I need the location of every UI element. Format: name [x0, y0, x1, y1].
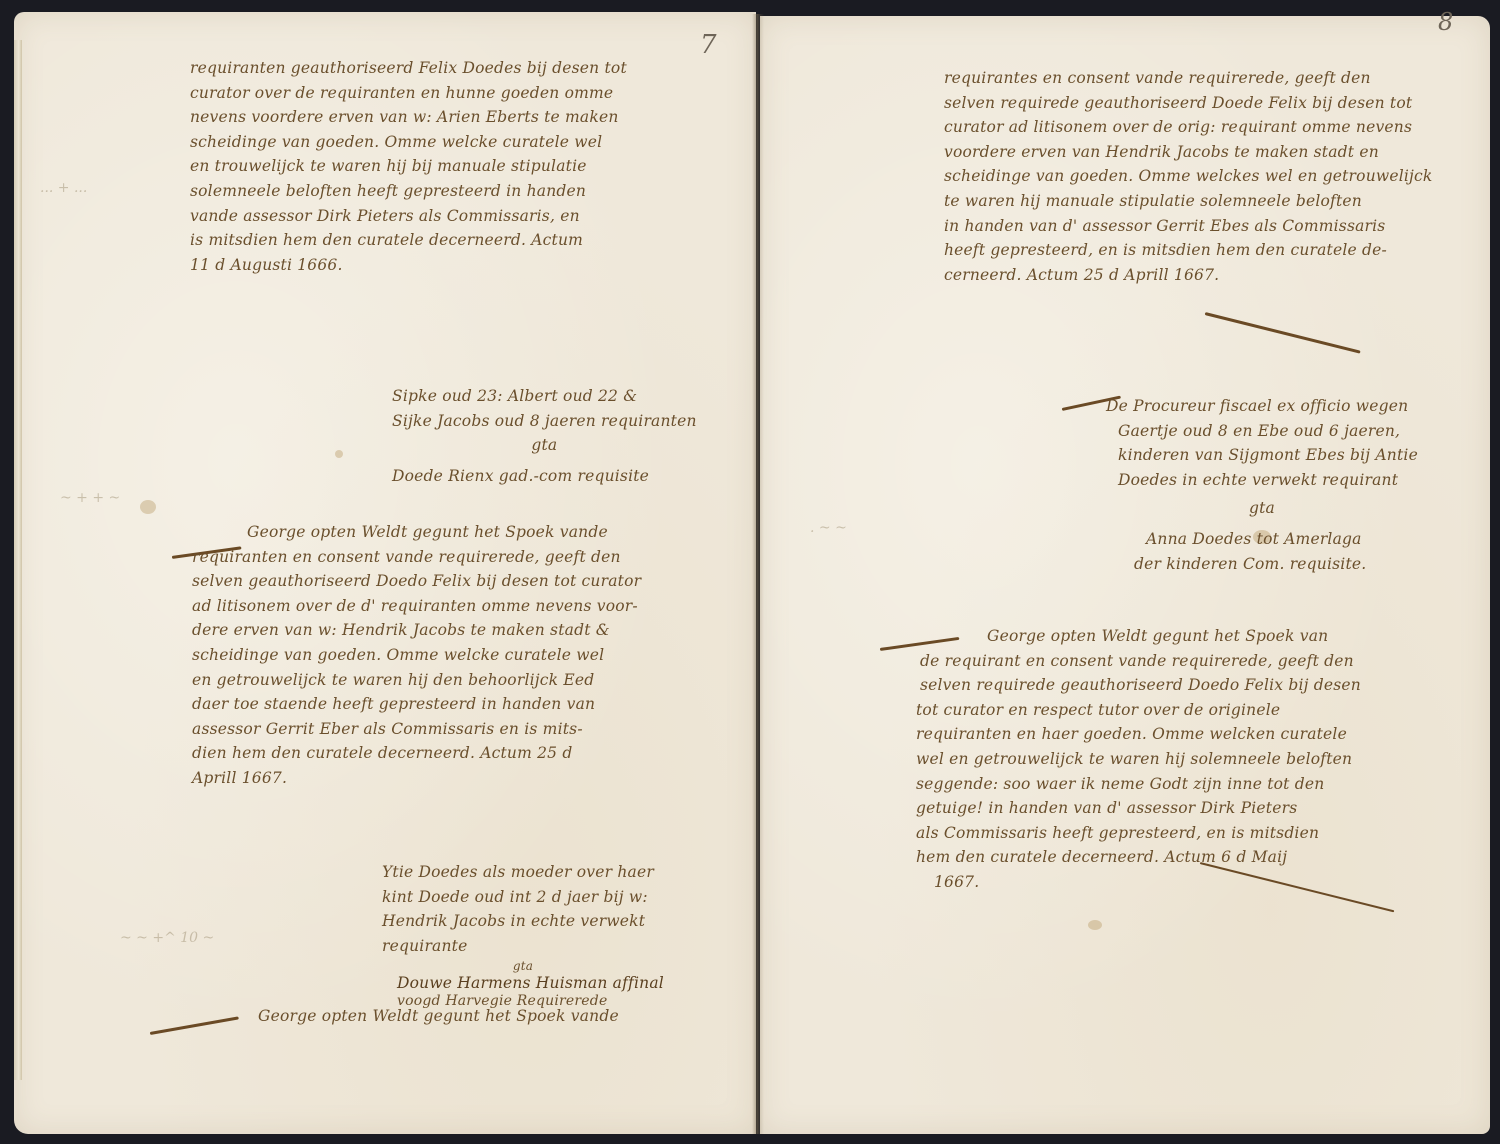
manuscript-line: Hendrik Jacobs in echte verwekt: [382, 909, 664, 934]
manuscript-line: 11 d Augusti 1666.: [190, 253, 627, 278]
manuscript-line: dere erven van w: Hendrik Jacobs te make…: [192, 618, 641, 643]
bleed-through-text: ~ + + ~: [60, 490, 120, 506]
book-gutter: [752, 14, 764, 1134]
manuscript-line: requiranten en haer goeden. Omme welcken…: [912, 722, 1361, 747]
manuscript-line: requiranten en consent vande requirerede…: [192, 545, 641, 570]
manuscript-line: hem den curatele decerneerd. Actum 6 d M…: [912, 845, 1361, 870]
manuscript-line: scheidinge van goeden. Omme welckes wel …: [944, 164, 1433, 189]
manuscript-line: De Procureur fiscael ex officio wegen: [1106, 394, 1418, 419]
entry-heading: De Procureur fiscael ex officio wegen Ga…: [1106, 394, 1418, 576]
manuscript-line: kinderen van Sijgmont Ebes bij Antie: [1106, 443, 1418, 468]
manuscript-line: wel en getrouwelijck te waren hij solemn…: [912, 747, 1361, 772]
manuscript-line: en trouwelijck te waren hij bij manuale …: [190, 154, 627, 179]
manuscript-spread: ... + ... ~ + + ~ ~ ~ +^ 10 ~ . ~ ~ 7 8 …: [0, 0, 1500, 1144]
manuscript-line: selven requirede geauthoriseerd Doede Fe…: [944, 91, 1433, 116]
manuscript-line: curator over de requiranten en hunne goe…: [190, 81, 627, 106]
manuscript-line: voordere erven van Hendrik Jacobs te mak…: [944, 140, 1433, 165]
manuscript-line: Sijke Jacobs oud 8 jaeren requiranten: [392, 409, 697, 434]
bleed-through-text: ... + ...: [40, 180, 87, 196]
manuscript-line: scheidinge van goeden. Omme welcke curat…: [190, 130, 627, 155]
manuscript-line: nevens voordere erven van w: Arien Ebert…: [190, 105, 627, 130]
manuscript-line: 1667.: [912, 870, 1361, 895]
register-entry: George opten Weldt gegunt het Spoek vand…: [192, 520, 641, 791]
gta-abbreviation: gta: [382, 958, 664, 974]
entry-heading: Sipke oud 23: Albert oud 22 & Sijke Jaco…: [392, 384, 697, 488]
manuscript-line: heeft gepresteerd, en is mitsdien hem de…: [944, 238, 1433, 263]
folio-number-left: 7: [700, 30, 717, 60]
bleed-through-text: . ~ ~: [810, 520, 847, 536]
manuscript-line: assessor Gerrit Eber als Commissaris en …: [192, 717, 641, 742]
ink-stain: [1088, 920, 1102, 930]
manuscript-line: tot curator en respect tutor over de ori…: [912, 698, 1361, 723]
manuscript-line: Sipke oud 23: Albert oud 22 &: [392, 384, 697, 409]
entry-heading: Ytie Doedes als moeder over haer kint Do…: [382, 860, 664, 1010]
manuscript-line: cerneerd. Actum 25 d Aprill 1667.: [944, 263, 1433, 288]
manuscript-line: getuige! in handen van d' assessor Dirk …: [912, 796, 1361, 821]
manuscript-line: Douwe Harmens Huisman affinal: [382, 974, 664, 992]
manuscript-line: is mitsdien hem den curatele decerneerd.…: [190, 228, 627, 253]
manuscript-line: en getrouwelijck te waren hij den behoor…: [192, 668, 641, 693]
manuscript-line: Gaertje oud 8 en Ebe oud 6 jaeren,: [1106, 419, 1418, 444]
folio-number-right: 8: [1438, 8, 1453, 36]
manuscript-line: seggende: soo waer ik neme Godt zijn inn…: [912, 772, 1361, 797]
manuscript-line: Doedes in echte verwekt requirant: [1106, 468, 1418, 493]
manuscript-line: selven geauthoriseerd Doedo Felix bij de…: [192, 569, 641, 594]
manuscript-line: kint Doede oud int 2 d jaer bij w:: [382, 885, 664, 910]
manuscript-line: Doede Rienx gad.-com requisite: [392, 464, 697, 489]
manuscript-line: in handen van d' assessor Gerrit Ebes al…: [944, 214, 1433, 239]
page-edge: [14, 40, 22, 1080]
manuscript-line: curator ad litisonem over de orig: requi…: [944, 115, 1433, 140]
manuscript-line: de requirant en consent vande requirered…: [912, 649, 1361, 674]
manuscript-line: scheidinge van goeden. Omme welcke curat…: [192, 643, 641, 668]
manuscript-line: dien hem den curatele decerneerd. Actum …: [192, 741, 641, 766]
manuscript-line: te waren hij manuale stipulatie solemnee…: [944, 189, 1433, 214]
manuscript-line: George opten Weldt gegunt het Spoek vand…: [192, 520, 641, 545]
manuscript-line: als Commissaris heeft gepresteerd, en is…: [912, 821, 1361, 846]
manuscript-line: requirantes en consent vande requirerede…: [944, 66, 1433, 91]
manuscript-line: requirante: [382, 934, 664, 959]
manuscript-line: der kinderen Com. requisite.: [1106, 552, 1418, 577]
gta-abbreviation: gta: [1106, 496, 1418, 521]
register-entry: requirantes en consent vande requirerede…: [944, 66, 1433, 287]
manuscript-line: George opten Weldt gegunt het Spoek van: [912, 624, 1361, 649]
manuscript-line: daer toe staende heeft gepresteerd in ha…: [192, 692, 641, 717]
manuscript-line: Aprill 1667.: [192, 766, 641, 791]
manuscript-line: vande assessor Dirk Pieters als Commissa…: [190, 204, 627, 229]
manuscript-line: requiranten geauthoriseerd Felix Doedes …: [190, 56, 627, 81]
register-entry: George opten Weldt gegunt het Spoek van …: [912, 624, 1361, 895]
register-entry: requiranten geauthoriseerd Felix Doedes …: [190, 56, 627, 277]
ink-stain: [335, 450, 343, 458]
register-entry: George opten Weldt gegunt het Spoek vand…: [258, 1004, 619, 1029]
manuscript-line: solemneele beloften heeft gepresteerd in…: [190, 179, 627, 204]
bleed-through-text: ~ ~ +^ 10 ~: [120, 930, 214, 946]
ink-stain: [140, 500, 156, 514]
manuscript-line: Anna Doedes tot Amerlaga: [1106, 527, 1418, 552]
manuscript-line: ad litisonem over de d' requiranten omme…: [192, 594, 641, 619]
manuscript-line: Ytie Doedes als moeder over haer: [382, 860, 664, 885]
manuscript-line: selven requirede geauthoriseerd Doedo Fe…: [912, 673, 1361, 698]
gta-abbreviation: gta: [392, 433, 697, 458]
manuscript-line: George opten Weldt gegunt het Spoek vand…: [258, 1004, 619, 1029]
